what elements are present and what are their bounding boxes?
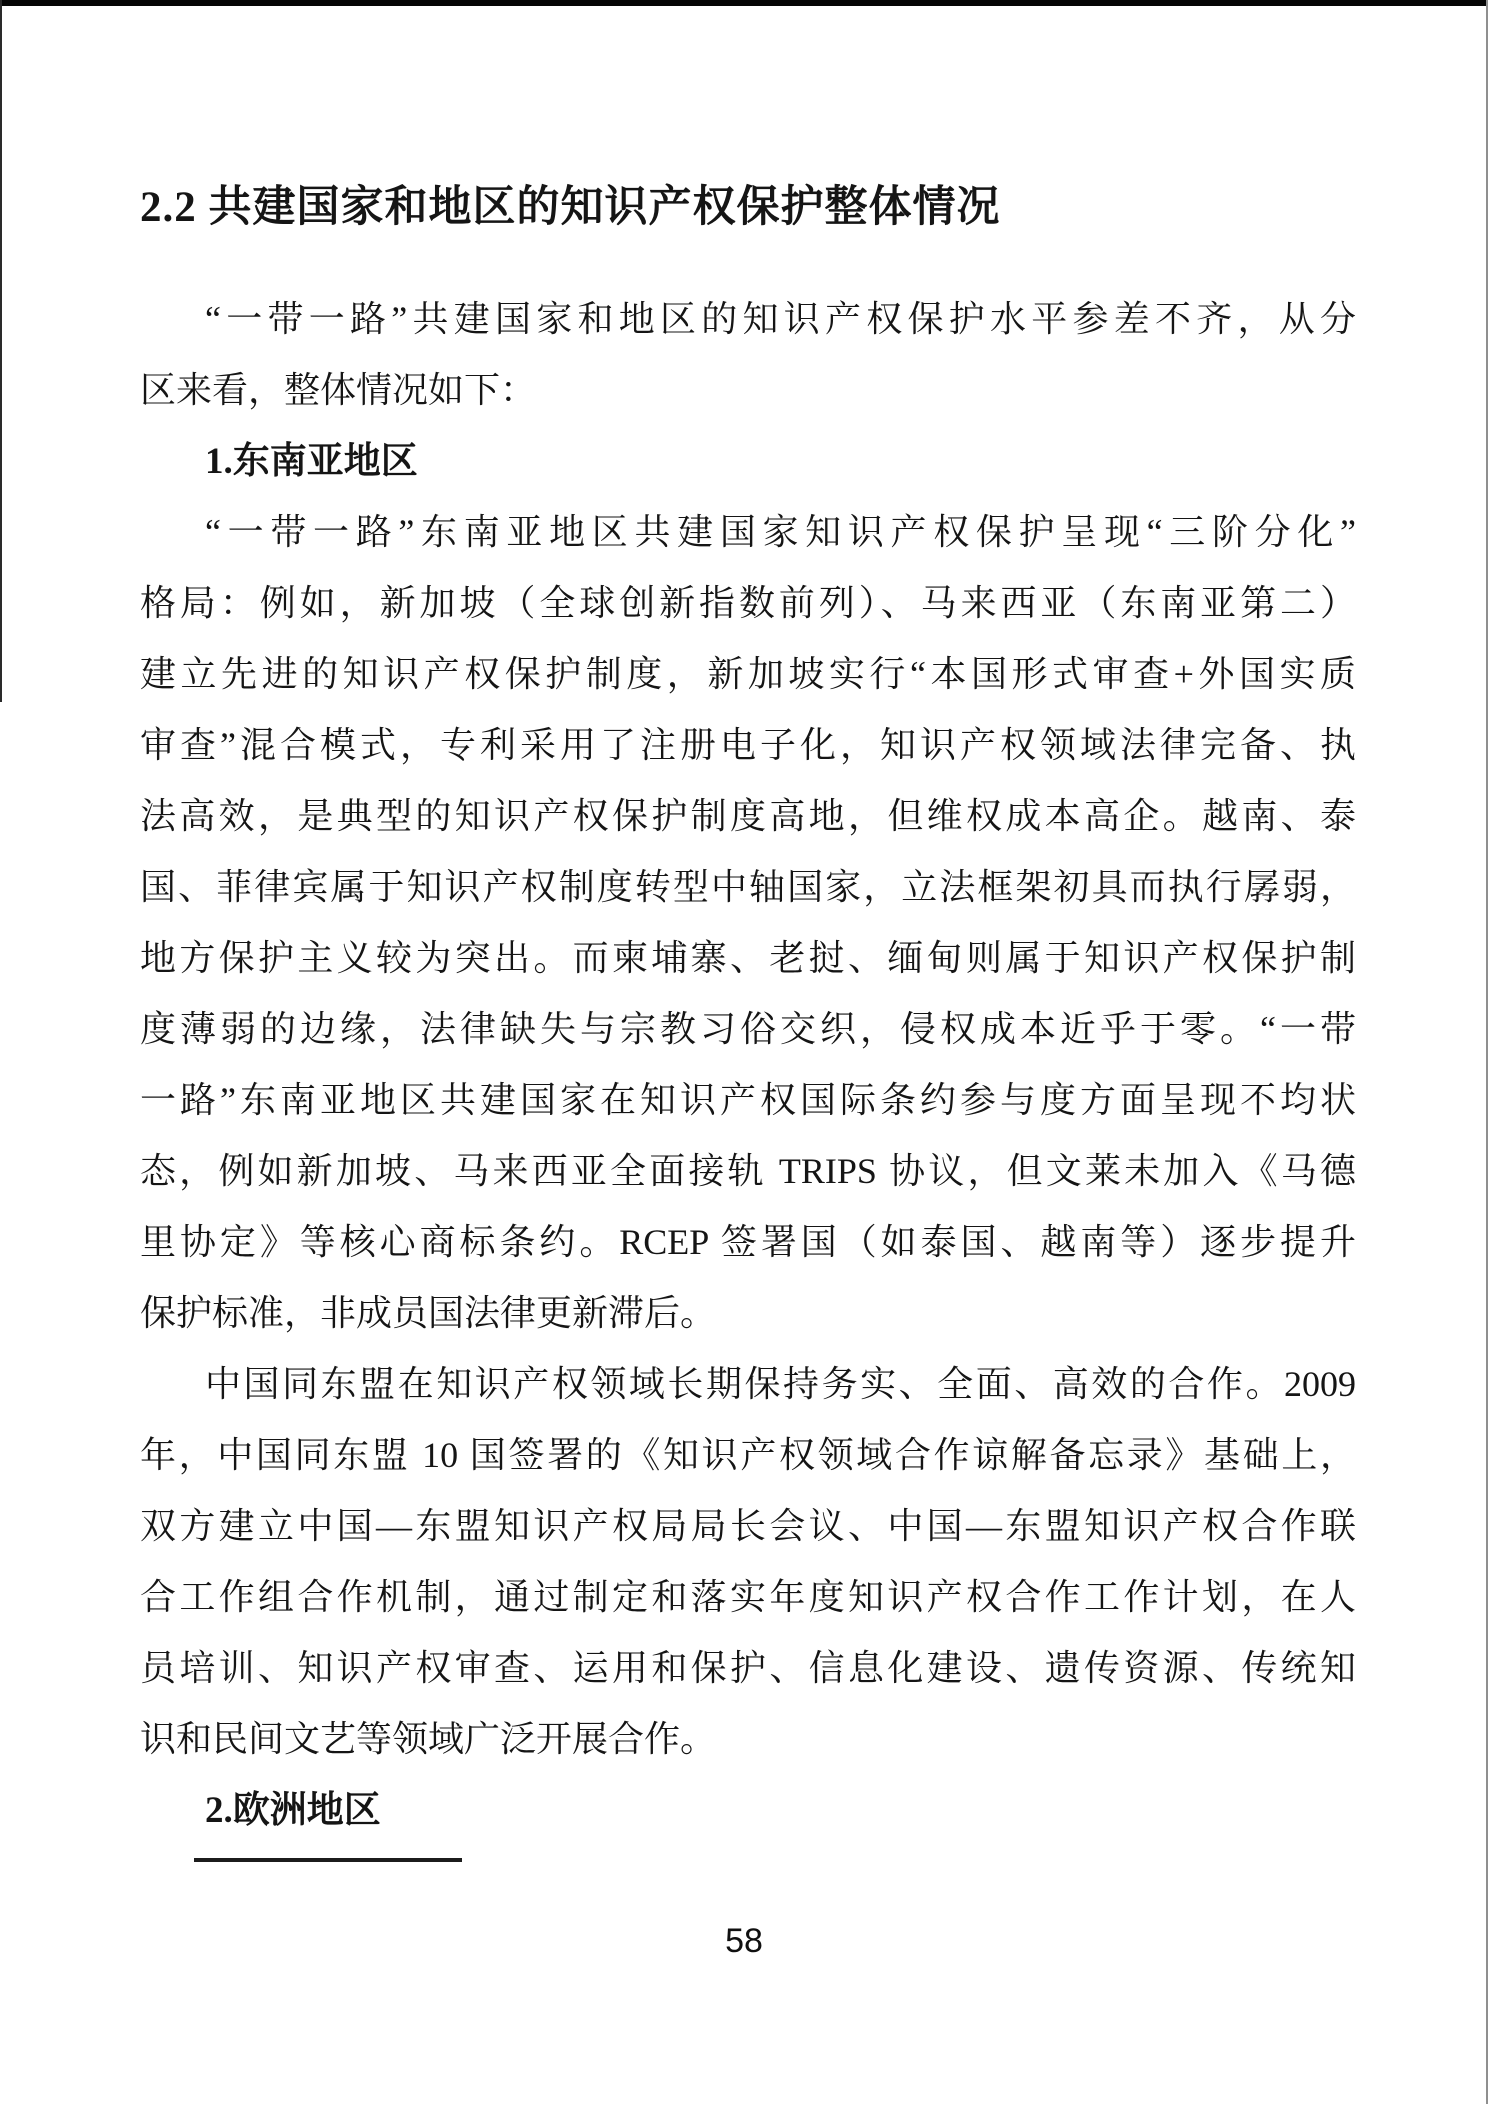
document-content: 2.2 共建国家和地区的知识产权保护整体情况 “一带一路”共建国家和地区的知识产… [140, 0, 1356, 1862]
paragraph-line: 员培训、知识产权审查、运用和保护、信息化建设、遗传资源、传统知 [140, 1633, 1356, 1704]
paragraph-line: 里协定》等核心商标条约。RCEP 签署国（如泰国、越南等）逐步提升 [140, 1207, 1356, 1278]
paragraph-line: 国、菲律宾属于知识产权制度转型中轴国家，立法框架初具而执行孱弱， [140, 852, 1356, 923]
paragraph-line: 双方建立中国—东盟知识产权局局长会议、中国—东盟知识产权合作联 [140, 1491, 1356, 1562]
paragraph-line: “一带一路”东南亚地区共建国家知识产权保护呈现“三阶分化” [140, 497, 1356, 568]
section-heading: 2.2 共建国家和地区的知识产权保护整体情况 [140, 178, 1356, 238]
paragraph-line: 格局：例如，新加坡（全球创新指数前列）、马来西亚（东南亚第二） [140, 568, 1356, 639]
page-left-edge [0, 0, 2, 702]
paragraph-line: 建立先进的知识产权保护制度，新加坡实行“本国形式审查+外国实质 [140, 639, 1356, 710]
paragraph-line: 合工作组合作机制，通过制定和落实年度知识产权合作工作计划，在人 [140, 1562, 1356, 1633]
paragraph-line: 法高效，是典型的知识产权保护制度高地，但维权成本高企。越南、泰 [140, 781, 1356, 852]
paragraph-line: 地方保护主义较为突出。而柬埔寨、老挝、缅甸则属于知识产权保护制 [140, 923, 1356, 994]
subsection-heading-europe: 2.欧洲地区 [140, 1775, 1356, 1846]
paragraph-line: 一路”东南亚地区共建国家在知识产权国际条约参与度方面呈现不均状 [140, 1065, 1356, 1136]
paragraph-line: 度薄弱的边缘，法律缺失与宗教习俗交织，侵权成本近乎于零。“一带 [140, 994, 1356, 1065]
paragraph-line: 保护标准，非成员国法律更新滞后。 [140, 1278, 1356, 1349]
paragraph-line: 年，中国同东盟 10 国签署的《知识产权领域合作谅解备忘录》基础上， [140, 1420, 1356, 1491]
paragraph-line: “一带一路”共建国家和地区的知识产权保护水平参差不齐，从分 [140, 284, 1356, 355]
page-number: 58 [0, 1922, 1488, 1961]
paragraph-line: 区来看，整体情况如下： [140, 355, 1356, 426]
paragraph-line: 识和民间文艺等领域广泛开展合作。 [140, 1704, 1356, 1775]
paragraph-line: 中国同东盟在知识产权领域长期保持务实、全面、高效的合作。2009 [140, 1349, 1356, 1420]
footnote-separator [194, 1858, 462, 1862]
paragraph-line: 审查”混合模式，专利采用了注册电子化，知识产权领域法律完备、执 [140, 710, 1356, 781]
subsection-heading-southeast-asia: 1.东南亚地区 [140, 426, 1356, 497]
paragraph-line: 态，例如新加坡、马来西亚全面接轨 TRIPS 协议，但文莱未加入《马德 [140, 1136, 1356, 1207]
